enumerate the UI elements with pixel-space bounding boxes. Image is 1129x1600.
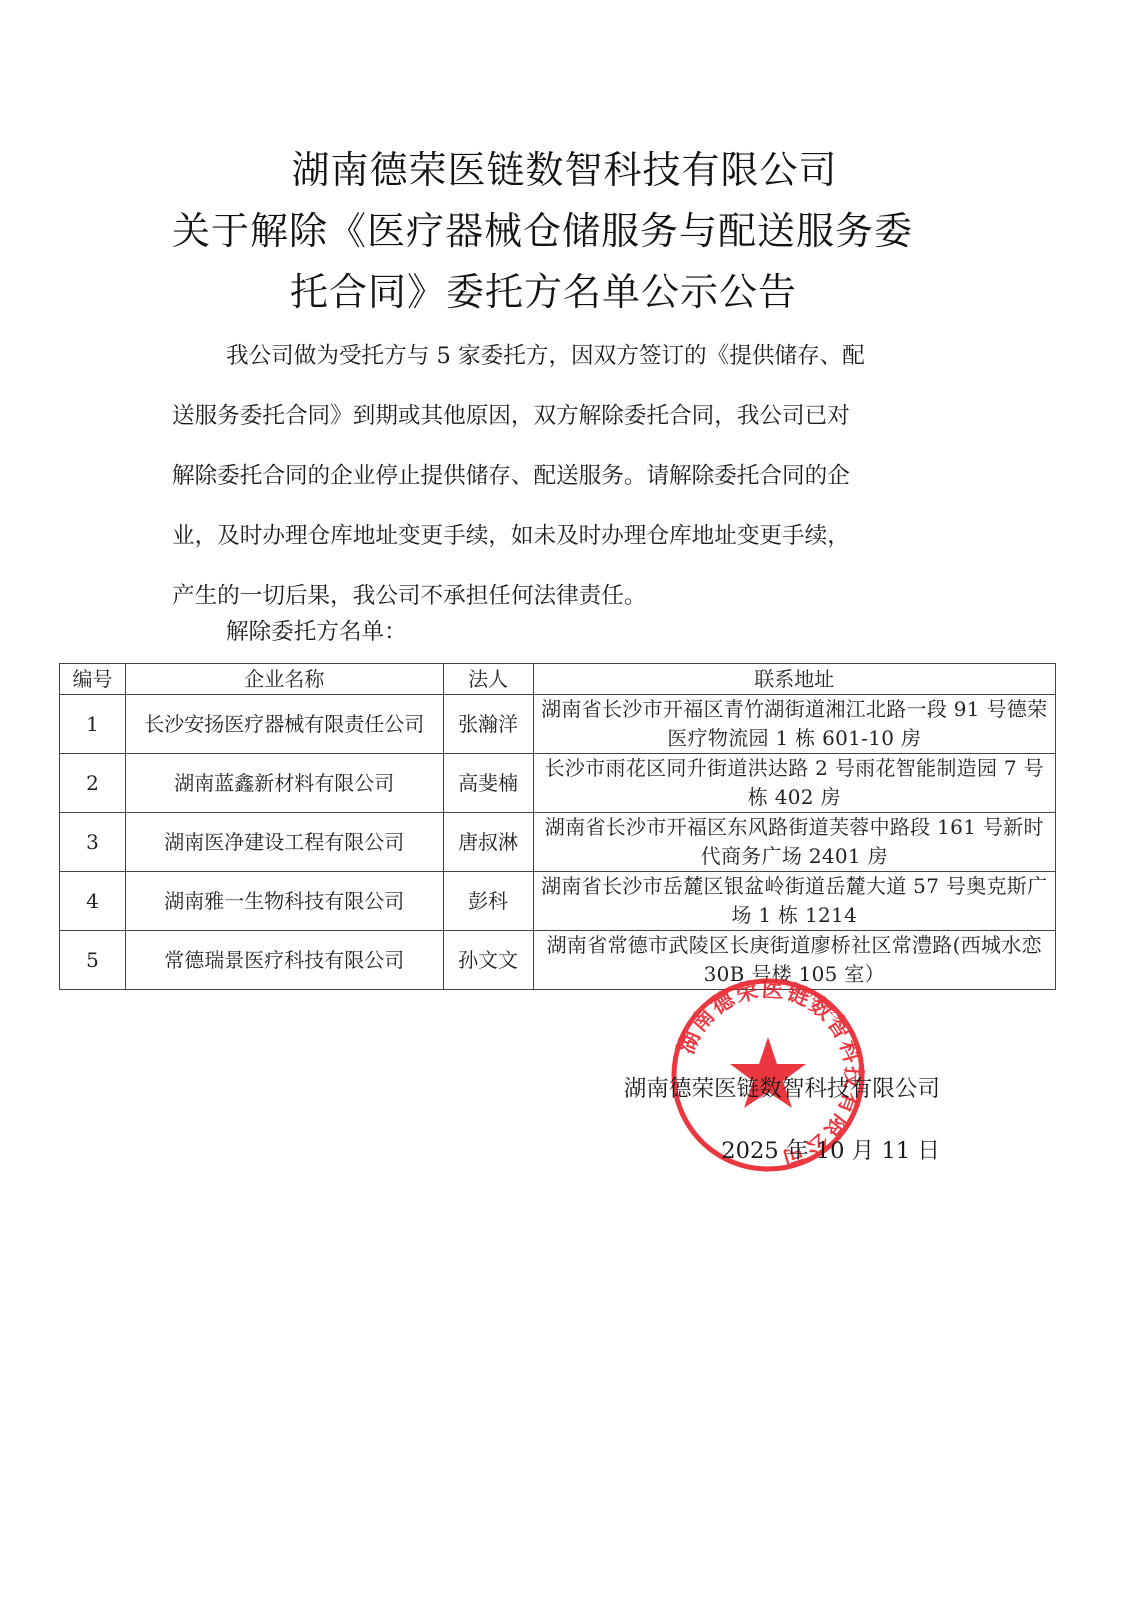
cell-no: 2 <box>60 754 126 813</box>
cell-legal-rep: 张瀚洋 <box>443 695 533 754</box>
title-line-3: 托合同》委托方名单公示公告 <box>0 262 1129 323</box>
terminated-clients-table: 编号 企业名称 法人 联系地址 1 长沙安扬医疗器械有限责任公司 张瀚洋 湖南省… <box>59 663 1056 990</box>
cell-address: 长沙市雨花区同升街道洪达路 2 号雨花智能制造园 7 号栋 402 房 <box>533 754 1055 813</box>
cell-no: 3 <box>60 813 126 872</box>
header-legal-rep: 法人 <box>443 664 533 695</box>
cell-legal-rep: 高斐楠 <box>443 754 533 813</box>
signature-block: 湖南德荣医链数智科技有限公司 2025 年 10 月 11 日 <box>560 1058 940 1182</box>
cell-legal-rep: 孙文文 <box>443 931 533 990</box>
signature-date: 2025 年 10 月 11 日 <box>560 1120 940 1182</box>
table-header-row: 编号 企业名称 法人 联系地址 <box>60 664 1056 695</box>
cell-address: 湖南省长沙市开福区青竹湖街道湘江北路一段 91 号德荣医疗物流园 1 栋 601… <box>533 695 1055 754</box>
table-row: 1 长沙安扬医疗器械有限责任公司 张瀚洋 湖南省长沙市开福区青竹湖街道湘江北路一… <box>60 695 1056 754</box>
notice-page: 湖南德荣医链数智科技有限公司 关于解除《医疗器械仓储服务与配送服务委 托合同》委… <box>0 0 1129 1600</box>
title-line-1: 湖南德荣医链数智科技有限公司 <box>0 140 1129 201</box>
notice-body: 我公司做为受托方与 5 家委托方，因双方签订的《提供储存、配 送服务委托合同》到… <box>172 326 962 626</box>
cell-no: 4 <box>60 872 126 931</box>
body-line-1: 我公司做为受托方与 5 家委托方，因双方签订的《提供储存、配 <box>172 326 962 386</box>
table-row: 4 湖南雅一生物科技有限公司 彭科 湖南省长沙市岳麓区银盆岭街道岳麓大道 57 … <box>60 872 1056 931</box>
header-company-name: 企业名称 <box>125 664 443 695</box>
body-line-4: 业，及时办理仓库地址变更手续，如未及时办理仓库地址变更手续， <box>172 506 962 566</box>
table-row: 3 湖南医净建设工程有限公司 唐叔淋 湖南省长沙市开福区东风路街道芙蓉中路段 1… <box>60 813 1056 872</box>
cell-address: 湖南省长沙市岳麓区银盆岭街道岳麓大道 57 号奥克斯广场 1 栋 1214 <box>533 872 1055 931</box>
header-no: 编号 <box>60 664 126 695</box>
cell-company-name: 湖南雅一生物科技有限公司 <box>125 872 443 931</box>
cell-company-name: 常德瑞景医疗科技有限公司 <box>125 931 443 990</box>
cell-no: 1 <box>60 695 126 754</box>
cell-company-name: 湖南医净建设工程有限公司 <box>125 813 443 872</box>
cell-legal-rep: 唐叔淋 <box>443 813 533 872</box>
signature-company: 湖南德荣医链数智科技有限公司 <box>560 1058 940 1120</box>
table-row: 5 常德瑞景医疗科技有限公司 孙文文 湖南省常德市武陵区长庚街道廖桥社区常澧路(… <box>60 931 1056 990</box>
table-row: 2 湖南蓝鑫新材料有限公司 高斐楠 长沙市雨花区同升街道洪达路 2 号雨花智能制… <box>60 754 1056 813</box>
body-line-2: 送服务委托合同》到期或其他原因，双方解除委托合同，我公司已对 <box>172 386 962 446</box>
cell-address: 湖南省长沙市开福区东风路街道芙蓉中路段 161 号新时代商务广场 2401 房 <box>533 813 1055 872</box>
body-line-3: 解除委托合同的企业停止提供储存、配送服务。请解除委托合同的企 <box>172 446 962 506</box>
title-line-2: 关于解除《医疗器械仓储服务与配送服务委 <box>0 201 1129 262</box>
cell-legal-rep: 彭科 <box>443 872 533 931</box>
cell-company-name: 长沙安扬医疗器械有限责任公司 <box>125 695 443 754</box>
list-label: 解除委托方名单： <box>226 612 407 652</box>
cell-no: 5 <box>60 931 126 990</box>
header-address: 联系地址 <box>533 664 1055 695</box>
cell-company-name: 湖南蓝鑫新材料有限公司 <box>125 754 443 813</box>
document-title: 湖南德荣医链数智科技有限公司 关于解除《医疗器械仓储服务与配送服务委 托合同》委… <box>0 140 1129 323</box>
